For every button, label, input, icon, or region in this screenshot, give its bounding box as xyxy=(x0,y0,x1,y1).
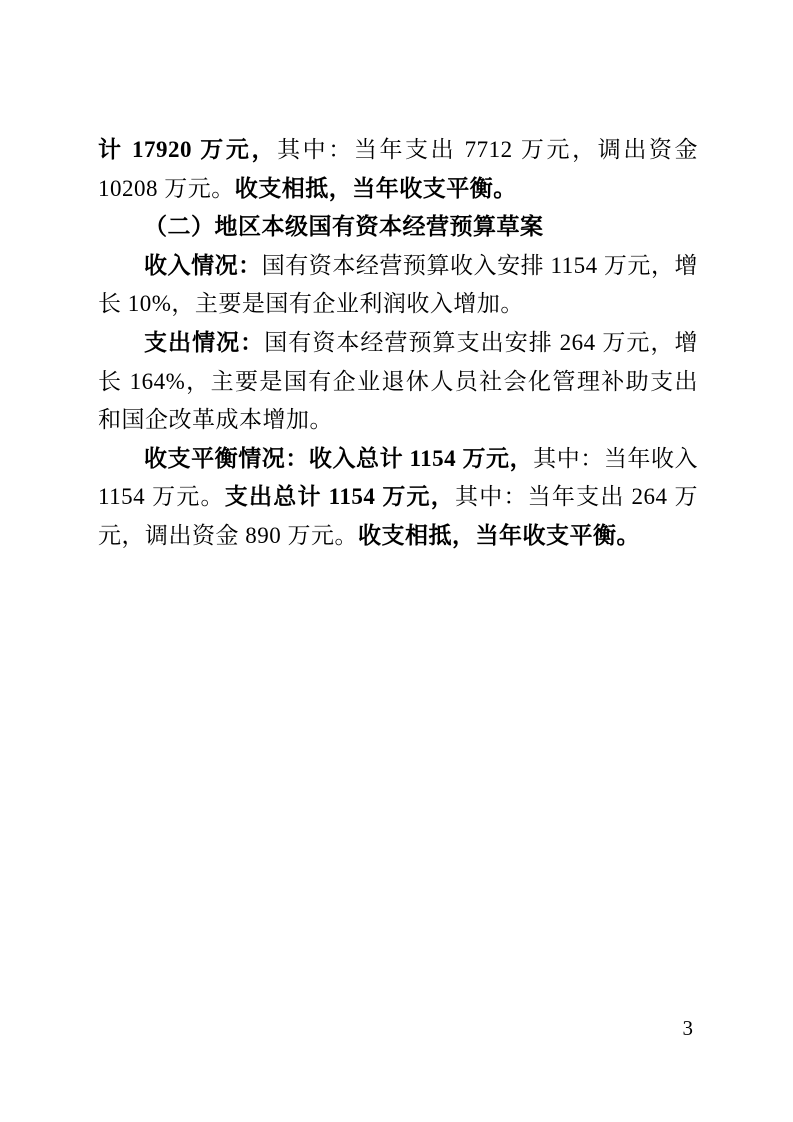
heading-text: （二）地区本级国有资本经营预算草案 xyxy=(144,214,544,239)
section-heading: （二）地区本级国有资本经营预算草案 xyxy=(98,208,698,247)
text-run: 收入情况： xyxy=(144,253,262,278)
text-run: 计 17920 万元， xyxy=(98,137,277,162)
document-body: 计 17920 万元，其中：当年支出 7712 万元，调出资金 10208 万元… xyxy=(98,131,698,556)
paragraph-capital-budget-balance-continued: 计 17920 万元，其中：当年支出 7712 万元，调出资金 10208 万元… xyxy=(98,131,698,208)
text-run: 支出总计 1154 万元， xyxy=(225,484,455,509)
text-run: 收支相抵，当年收支平衡。 xyxy=(235,176,517,201)
paragraph-balance: 收支平衡情况：收入总计 1154 万元，其中：当年收入 1154 万元。支出总计… xyxy=(98,440,698,556)
page-number: 3 xyxy=(0,1016,693,1040)
text-run: 收支平衡情况：收入总计 1154 万元， xyxy=(144,446,533,471)
text-run: 支出情况： xyxy=(144,330,264,355)
text-run: 收支相抵，当年收支平衡。 xyxy=(358,523,640,548)
document-page: 计 17920 万元，其中：当年支出 7712 万元，调出资金 10208 万元… xyxy=(0,0,793,1122)
paragraph-income: 收入情况：国有资本经营预算收入安排 1154 万元，增长 10%，主要是国有企业… xyxy=(98,247,698,324)
paragraph-expenditure: 支出情况：国有资本经营预算支出安排 264 万元，增长 164%，主要是国有企业… xyxy=(98,324,698,440)
